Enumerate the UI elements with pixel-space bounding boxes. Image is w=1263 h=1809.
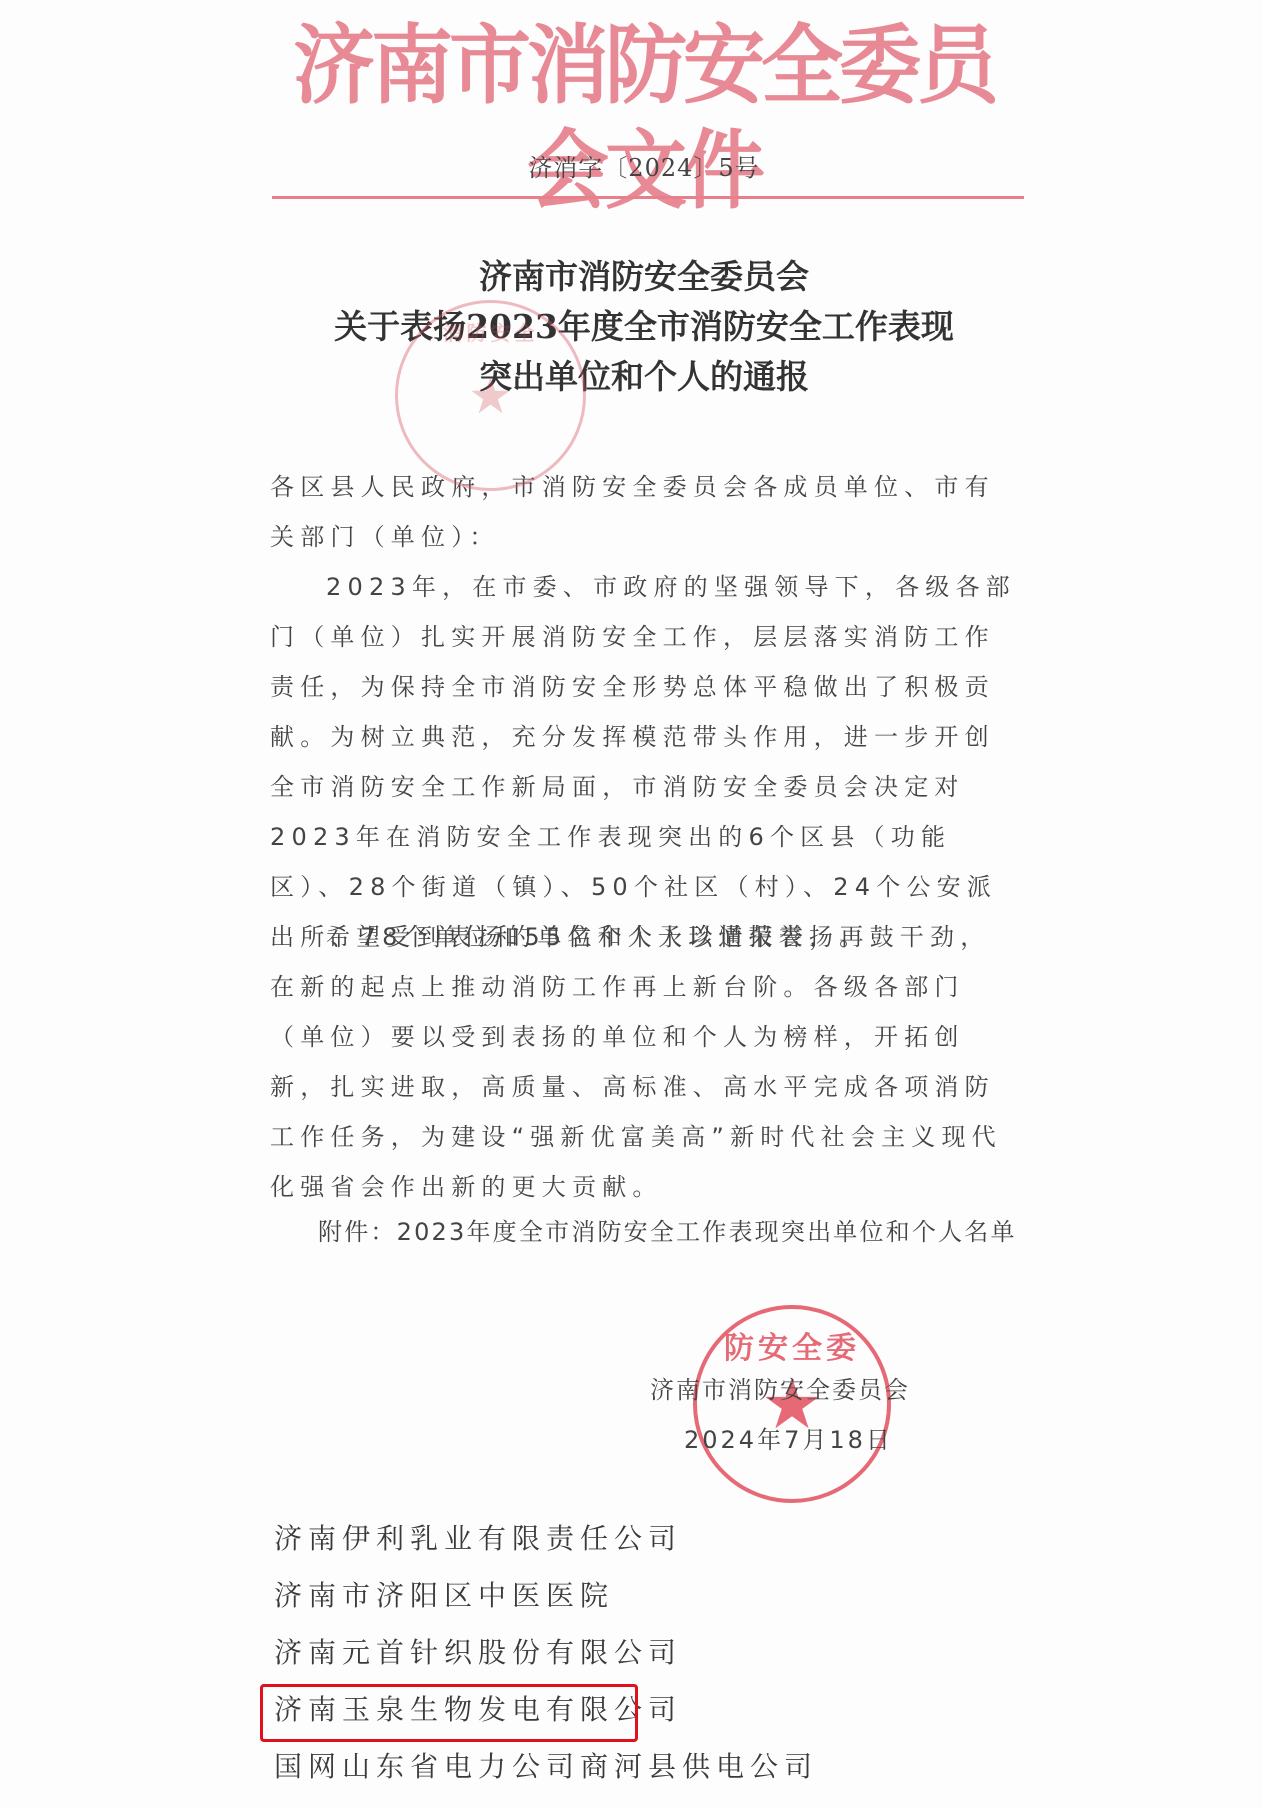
unit-name: 济南市济阳区中医医院 <box>274 1579 614 1612</box>
salutation: 各区县人民政府，市消防安全委员会各成员单位、市有关部门（单位）： <box>270 462 1018 562</box>
list-item: 国网山东省电力公司商河县供电公司 <box>274 1738 1034 1795</box>
signature-issuer: 济南市消防安全委员会 <box>650 1370 950 1405</box>
title-line-2: 关于表扬2023年度全市消防安全工作表现 <box>264 302 1024 352</box>
unit-name: 济南元首针织股份有限公司 <box>274 1636 682 1669</box>
body-paragraph-1: 2023年，在市委、市政府的坚强领导下，各级各部门（单位）扎实开展消防安全工作，… <box>270 562 1018 962</box>
official-seal-top: 消防安全 ★ <box>395 300 586 491</box>
body-paragraph-2: 希望受到表扬的单位和个人珍惜荣誉，再鼓干劲，在新的起点上推动消防工作再上新台阶。… <box>270 912 1018 1212</box>
seal-ring-text: 防安全委 <box>697 1323 887 1367</box>
document-page: 济南市消防安全委员会文件 济消字〔2024〕5号 消防安全 ★ 济南市消防安全委… <box>0 0 1263 1809</box>
signature-date: 2024年7月18日 <box>684 1420 944 1455</box>
header-divider <box>272 196 1024 199</box>
list-item-highlighted: 济南玉泉生物发电有限公司 <box>274 1681 1034 1738</box>
list-item: 济南元首针织股份有限公司 <box>274 1624 1034 1681</box>
document-number: 济消字〔2024〕5号 <box>264 148 1024 183</box>
highlight-box <box>260 1684 638 1742</box>
list-item: 济南市济阳区中医医院 <box>274 1567 1034 1624</box>
list-item: 济南伊利乳业有限责任公司 <box>274 1510 1034 1567</box>
issuer-banner: 济南市消防安全委员会文件 <box>264 13 1024 223</box>
seal-ring-text: 消防安全 <box>398 317 583 346</box>
commended-unit-list: 济南伊利乳业有限责任公司 济南市济阳区中医医院 济南元首针织股份有限公司 济南玉… <box>274 1510 1034 1795</box>
title-line-1: 济南市消防安全委员会 <box>264 252 1024 302</box>
unit-name: 国网山东省电力公司商河县供电公司 <box>274 1750 818 1783</box>
title-line-3: 突出单位和个人的通报 <box>264 352 1024 402</box>
star-icon: ★ <box>468 361 513 431</box>
unit-name: 济南伊利乳业有限责任公司 <box>274 1522 682 1555</box>
attachment-note: 附件：2023年度全市消防安全工作表现突出单位和个人名单 <box>318 1212 1018 1247</box>
document-title: 济南市消防安全委员会 关于表扬2023年度全市消防安全工作表现 突出单位和个人的… <box>264 252 1024 402</box>
